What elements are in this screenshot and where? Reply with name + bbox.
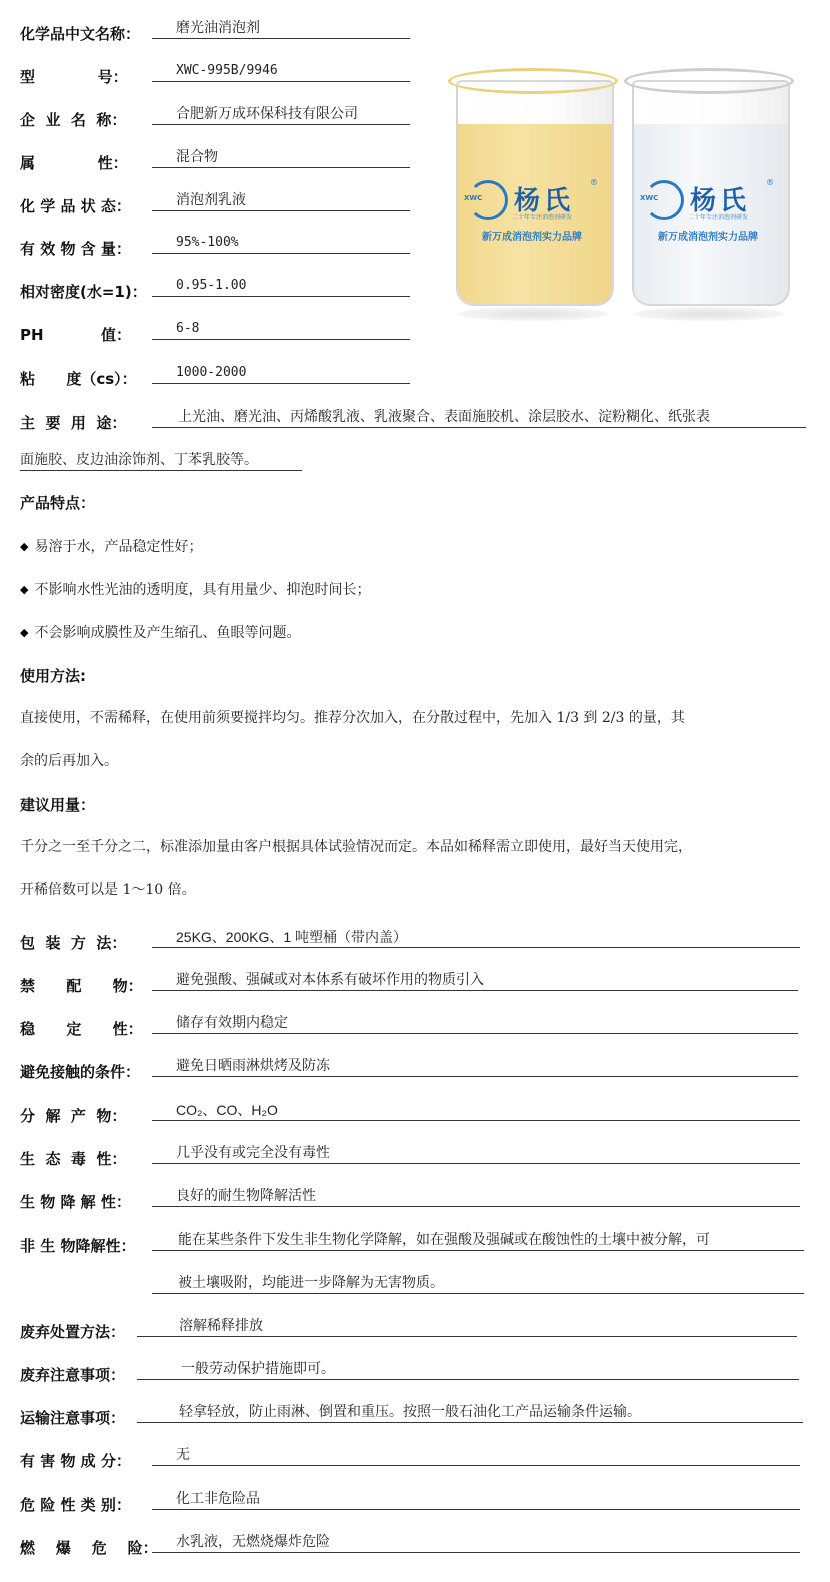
brand-slogan: 新万成消泡剂实力品牌	[462, 228, 602, 243]
beaker-shadow	[458, 307, 608, 321]
diamond-bullet-icon: ◆	[20, 580, 28, 600]
property-row-viscosity: 粘 度（cs）：	[20, 359, 137, 389]
property-row-abiotic: 非 生 物降解性：	[20, 1226, 135, 1256]
property-row-model: 型 号：	[20, 57, 128, 87]
property-row-attribute: 属 性：	[20, 143, 128, 173]
property-row-transport-notes: 运输注意事项：	[20, 1398, 125, 1428]
property-value-decomposition: CO₂、CO、H₂O	[152, 1100, 800, 1121]
property-value-stability: 储存有效期内稳定	[152, 1013, 798, 1034]
property-label: 废弃注意事项：	[20, 1365, 125, 1385]
property-label: 稳 定 性：	[20, 1019, 143, 1039]
property-row-hazard-class: 危 险 性 类 别：	[20, 1485, 131, 1515]
property-row-biodegradability: 生 物 降 解 性：	[20, 1182, 131, 1212]
property-label: 相对密度(水=1)：	[20, 282, 147, 302]
property-row-decomposition: 分 解 产 物：	[20, 1096, 126, 1126]
property-row-ph: PH 值：	[20, 315, 131, 345]
property-label: 粘 度（cs）：	[20, 369, 137, 389]
property-label: 有 效 物 含 量：	[20, 239, 131, 259]
usage-heading: 使用方法:	[20, 666, 86, 686]
property-value-ecotoxicity: 几乎没有或完全没有毒性	[152, 1143, 800, 1164]
brand-slogan: 新万成消泡剂实力品牌	[638, 228, 778, 243]
brand-tagline: 二十年专注消泡剂研发	[688, 212, 748, 221]
property-row-harmful-components: 有 害 物 成 分：	[20, 1441, 131, 1471]
property-value-active-content: 95%-100%	[152, 233, 410, 254]
property-row-fire-explosion: 燃 爆 危 险：	[20, 1528, 158, 1558]
property-label: 危 险 性 类 别：	[20, 1495, 131, 1515]
usage-line-2: 余的后再加入。	[20, 740, 810, 783]
beaker-rim	[624, 68, 794, 94]
property-value-hazard-class: 化工非危险品	[152, 1489, 800, 1510]
logo-abbr: XWC	[640, 194, 658, 202]
dosage-line-1: 千分之一至千分之二，标准添加量由客户根据具体试验情况而定。本品如稀释需立即使用，…	[20, 826, 810, 869]
feature-item: ◆ 易溶于水，产品稳定性好；	[20, 537, 202, 557]
property-row-ecotoxicity: 生 态 毒 性：	[20, 1139, 126, 1169]
main-use-line-2: 面施胶、皮边油涂饰剂、丁苯乳胶等。	[20, 450, 302, 471]
property-row-company: 企 业 名 称：	[20, 100, 126, 130]
property-row-chinese-name: 化学品中文名称：	[20, 14, 140, 44]
property-row-disposal-method: 废弃处置方法：	[20, 1312, 125, 1342]
dosage-text: 千分之一至千分之二，标准添加量由客户根据具体试验情况而定。本品如稀释需立即使用，…	[20, 826, 810, 912]
property-row-density: 相对密度(水=1)：	[20, 272, 147, 302]
diamond-bullet-icon: ◆	[20, 623, 28, 643]
property-value-chinese-name: 磨光油消泡剂	[152, 18, 410, 39]
property-row-disposal-notes: 废弃注意事项：	[20, 1355, 125, 1385]
property-value-attribute: 混合物	[152, 147, 410, 168]
property-value-packaging: 25KG、200KG、1 吨塑桶（带内盖）	[152, 927, 800, 948]
property-label: 禁 配 物：	[20, 976, 143, 996]
property-label: 主 要 用 途：	[20, 413, 126, 433]
property-label: 属 性：	[20, 153, 128, 173]
brand-tagline: 二十年专注消泡剂研发	[512, 212, 572, 221]
usage-text: 直接使用，不需稀释，在使用前须要搅拌均匀。推荐分次加入，在分散过程中，先加入 1…	[20, 697, 810, 783]
property-label: PH 值：	[20, 325, 131, 345]
property-label: 运输注意事项：	[20, 1408, 125, 1428]
property-label: 非 生 物降解性：	[20, 1236, 135, 1256]
property-row-active-content: 有 效 物 含 量：	[20, 229, 131, 259]
diamond-bullet-icon: ◆	[20, 537, 28, 557]
beaker-rim	[448, 68, 618, 94]
property-value-company: 合肥新万成环保科技有限公司	[152, 104, 410, 125]
property-value-model: XWC-995B/9946	[152, 61, 410, 82]
property-value-disposal-notes: 一般劳动保护措施即可。	[137, 1359, 799, 1380]
property-label: 有 害 物 成 分：	[20, 1451, 131, 1471]
property-value-incompatible: 避免强酸、强碱或对本体系有破坏作用的物质引入	[152, 970, 798, 991]
property-label: 分 解 产 物：	[20, 1106, 126, 1126]
beaker-clear: XWC 杨氏 ® 二十年专注消泡剂研发 新万成消泡剂实力品牌	[624, 62, 794, 307]
feature-text: 不会影响成膜性及产生缩孔、鱼眼等问题。	[34, 623, 300, 643]
product-image: XWC 杨氏 ® 二十年专注消泡剂研发 新万成消泡剂实力品牌 XWC 杨氏 ® …	[448, 62, 803, 332]
beaker-shadow	[634, 307, 784, 321]
abiotic-line-1: 能在某些条件下发生非生物化学降解，如在强酸及强碱或在酸蚀性的土壤中被分解，可	[152, 1230, 804, 1251]
property-label: 包 装 方 法：	[20, 933, 126, 953]
registered-mark: ®	[590, 178, 598, 187]
feature-text: 不影响水性光油的透明度，具有用量少、抑泡时间长；	[34, 580, 370, 600]
property-value-ph: 6-8	[152, 319, 410, 340]
abiotic-line-2: 被土壤吸附，均能进一步降解为无害物质。	[152, 1273, 804, 1294]
property-value-fire-explosion: 水乳液，无燃烧爆炸危险	[152, 1532, 800, 1553]
property-label: 避免接触的条件：	[20, 1062, 140, 1082]
property-value-harmful-components: 无	[152, 1445, 800, 1466]
property-row-packaging: 包 装 方 法：	[20, 923, 126, 953]
property-value-biodegradability: 良好的耐生物降解活性	[152, 1186, 800, 1207]
property-label: 化 学 品 状 态：	[20, 196, 131, 216]
property-value-avoid-conditions: 避免日晒雨淋烘烤及防冻	[152, 1056, 798, 1077]
property-label: 生 物 降 解 性：	[20, 1192, 131, 1212]
property-row-avoid-conditions: 避免接触的条件：	[20, 1052, 140, 1082]
property-value-viscosity: 1000-2000	[152, 363, 410, 384]
usage-line-1: 直接使用，不需稀释，在使用前须要搅拌均匀。推荐分次加入，在分散过程中，先加入 1…	[20, 697, 810, 740]
property-row-state: 化 学 品 状 态：	[20, 186, 131, 216]
features-heading: 产品特点：	[20, 493, 95, 513]
property-value-density: 0.95-1.00	[152, 276, 410, 297]
property-label: 燃 爆 危 险：	[20, 1538, 158, 1558]
property-row-main-use: 主 要 用 途：	[20, 403, 126, 433]
property-value-transport-notes: 轻拿轻放，防止雨淋、倒置和重压。按照一般石油化工产品运输条件运输。	[137, 1402, 803, 1423]
property-label: 企 业 名 称：	[20, 110, 126, 130]
main-use-line-1: 上光油、磨光油、丙烯酸乳液、乳液聚合、表面施胶机、涂层胶水、淀粉糊化、纸张表	[152, 407, 806, 428]
beaker-yellow: XWC 杨氏 ® 二十年专注消泡剂研发 新万成消泡剂实力品牌	[448, 62, 618, 307]
property-value-disposal-method: 溶解稀释排放	[137, 1316, 797, 1337]
dosage-line-2: 开稀倍数可以是 1～10 倍。	[20, 869, 810, 912]
property-label: 型 号：	[20, 67, 128, 87]
property-row-stability: 稳 定 性：	[20, 1009, 143, 1039]
property-label: 生 态 毒 性：	[20, 1149, 126, 1169]
logo-abbr: XWC	[464, 194, 482, 202]
dosage-heading: 建议用量：	[20, 795, 95, 815]
property-row-incompatible: 禁 配 物：	[20, 966, 143, 996]
property-label: 化学品中文名称：	[20, 24, 140, 44]
property-value-state: 消泡剂乳液	[152, 190, 410, 211]
feature-item: ◆ 不影响水性光油的透明度，具有用量少、抑泡时间长；	[20, 580, 370, 600]
registered-mark: ®	[766, 178, 774, 187]
feature-text: 易溶于水，产品稳定性好；	[34, 537, 202, 557]
property-label: 废弃处置方法：	[20, 1322, 125, 1342]
feature-item: ◆ 不会影响成膜性及产生缩孔、鱼眼等问题。	[20, 623, 300, 643]
